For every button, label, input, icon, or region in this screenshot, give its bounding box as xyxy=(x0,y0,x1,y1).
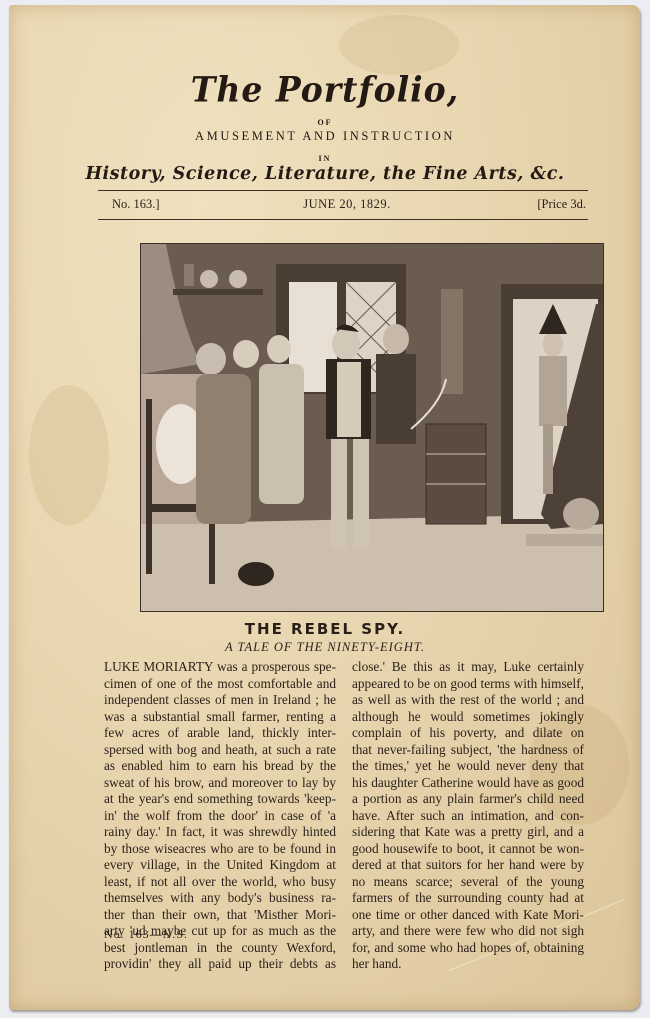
article-column-left: LUKE MORIARTY was a prosperous spe- cime… xyxy=(104,659,336,973)
text-line: no means scarce; several of the young xyxy=(352,874,584,891)
text-line: arty, and there were few who did not sig… xyxy=(352,923,584,940)
issue-price: [Price 3d. xyxy=(537,197,586,212)
text-line: dered at that suitors for her hand were … xyxy=(352,857,584,874)
text-line: themselves with any body's business ra- xyxy=(104,890,336,907)
text-line: at the year's end something towards 'kee… xyxy=(104,791,336,808)
masthead-title: The Portfolio, xyxy=(0,69,650,110)
text-line: spersed with bog and heath, at such a ra… xyxy=(104,742,336,759)
text-line: every village, in the United Kingdom at xyxy=(104,857,336,874)
text-line: as enabled him to earn his bread by the xyxy=(104,758,336,775)
signature-mark: No. 163—N.S. xyxy=(104,927,188,942)
issue-date: JUNE 20, 1829. xyxy=(108,197,586,212)
text-line: farmers of the surrounding county had at xyxy=(352,890,584,907)
text-line: complain of his poverty, and dilate on xyxy=(352,725,584,742)
text-line: for, and some who had hopes of, obtainin… xyxy=(352,940,584,957)
paper-stain xyxy=(339,15,459,75)
text-line: providin' they all paid up their debts a… xyxy=(104,956,336,973)
masthead-of: OF xyxy=(0,118,650,127)
text-line: as well as with the rest of the world ; … xyxy=(352,692,584,709)
text-line: a portion as any plain farmer's child ne… xyxy=(352,791,584,808)
text-line: cimen of one of the most comfortable and xyxy=(104,676,336,693)
text-line: independent classes of men in Ireland ; … xyxy=(104,692,336,709)
text-line: LUKE MORIARTY was a prosperous spe- xyxy=(104,659,336,676)
engraving-scene-icon xyxy=(141,244,603,611)
text-line: her hand. xyxy=(352,956,584,973)
text-line: close.' Be this as it may, Luke certainl… xyxy=(352,659,584,676)
text-line: that never-failing subject, 'the hardnes… xyxy=(352,742,584,759)
text-line: his daughter Catherine would have as goo… xyxy=(352,775,584,792)
text-line: appeared to be on good terms with himsel… xyxy=(352,676,584,693)
text-line: sweat of his brow, and moreover to lay b… xyxy=(104,775,336,792)
masthead-subtitle: AMUSEMENT AND INSTRUCTION xyxy=(0,129,650,144)
article-column-right: close.' Be this as it may, Luke certainl… xyxy=(352,659,584,973)
masthead-in: IN xyxy=(0,154,650,163)
text-line: was a substantial small farmer, renting … xyxy=(104,709,336,726)
text-line: have. After such an intimation, and con- xyxy=(352,808,584,825)
text-line: ther than their own, that 'Misther Mori- xyxy=(104,907,336,924)
text-line: good housewife to boot, it cannot be won… xyxy=(352,841,584,858)
rule-top xyxy=(98,190,588,191)
masthead-subjects: History, Science, Literature, the Fine A… xyxy=(0,164,650,184)
text-line: sidering that Kate was a pretty girl, an… xyxy=(352,824,584,841)
engraving-illustration xyxy=(140,243,604,612)
article-subtitle: A TALE OF THE NINETY-EIGHT. xyxy=(0,640,650,655)
paper-stain xyxy=(29,385,109,525)
text-line: in' the wolf from the door' in case of '… xyxy=(104,808,336,825)
text-line: the times,' yet he would never deny that xyxy=(352,758,584,775)
rule-bottom xyxy=(98,219,588,220)
article-title: THE REBEL SPY. xyxy=(0,620,650,638)
text-line: although he would sometimes jokingly xyxy=(352,709,584,726)
text-line: one time or other danced with Kate Mori- xyxy=(352,907,584,924)
text-line: least, if not all over the world, who bu… xyxy=(104,874,336,891)
text-line: by those wiseacres who are to be found i… xyxy=(104,841,336,858)
text-line: few acres of arable land, thickly inter- xyxy=(104,725,336,742)
text-line: rainy day.' In fact, it was shrewdly hin… xyxy=(104,824,336,841)
